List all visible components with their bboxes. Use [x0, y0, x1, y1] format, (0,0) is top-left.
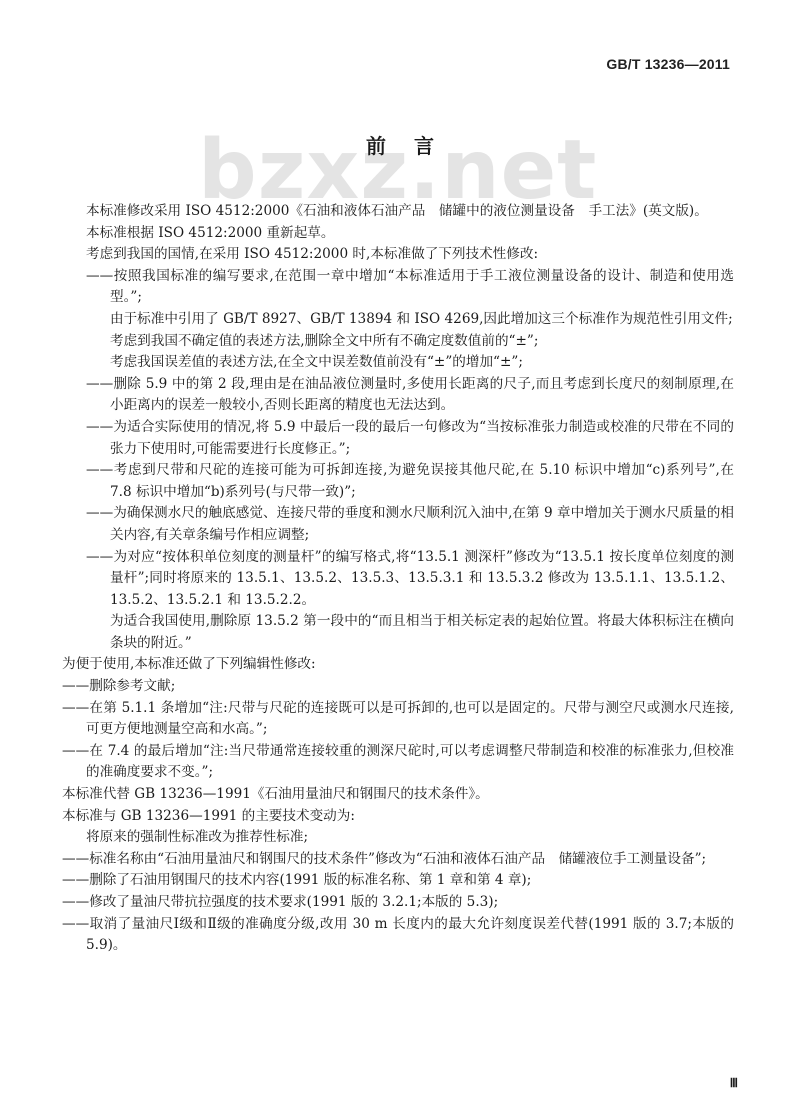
- paragraph: 将原来的强制性标准改为推荐性标准;: [62, 827, 734, 849]
- document-body: 本标准修改采用 ISO 4512:2000《石油和液体石油产品 储罐中的液位测量…: [62, 201, 734, 957]
- list-item: ——在 7.4 的最后增加“注:当尺带通常连接较重的测深尺砣时,可以考虑调整尺带…: [62, 741, 734, 784]
- paragraph: 本标准根据 ISO 4512:2000 重新起草。: [62, 223, 734, 245]
- list-item: ——删除参考文献;: [62, 676, 734, 698]
- list-item: ——删除了石油用钢围尺的技术内容(1991 版的标准名称、第 1 章和第 4 章…: [62, 870, 734, 892]
- paragraph: 考虑我国误差值的表述方法,在全文中误差数值前没有“±”的增加“±”;: [62, 352, 734, 374]
- list-item: ——取消了量油尺Ⅰ级和Ⅱ级的准确度分级,改用 30 m 长度内的最大允许刻度误差…: [62, 914, 734, 957]
- list-item: ——按照我国标准的编写要求,在范围一章中增加“本标准适用于手工液位测量设备的设计…: [86, 266, 734, 309]
- list-item: ——在第 5.1.1 条增加“注:尺带与尺砣的连接既可以是可拆卸的,也可以是固定…: [62, 698, 734, 741]
- paragraph: 本标准代替 GB 13236—1991《石油用量油尺和钢围尺的技术条件》。: [62, 784, 734, 806]
- page-title: 前言: [0, 130, 800, 159]
- list-item: ——删除 5.9 中的第 2 段,理由是在油品液位测量时,多使用长距离的尺子,而…: [86, 374, 734, 417]
- paragraph: 考虑到我国的国情,在采用 ISO 4512:2000 时,本标准做了下列技术性修…: [62, 244, 734, 266]
- paragraph: 本标准与 GB 13236—1991 的主要技术变动为:: [62, 806, 734, 828]
- standard-number: GB/T 13236—2011: [606, 56, 730, 72]
- list-item: ——修改了量油尺带抗拉强度的技术要求(1991 版的 3.2.1;本版的 5.3…: [62, 892, 734, 914]
- list-item: ——为对应“按体积单位刻度的测量杆”的编写格式,将“13.5.1 测深杆”修改为…: [86, 547, 734, 612]
- paragraph: 由于标准中引用了 GB/T 8927、GB/T 13894 和 ISO 4269…: [62, 309, 734, 331]
- page-number: Ⅲ: [730, 1076, 738, 1091]
- list-item: ——为适合实际使用的情况,将 5.9 中最后一段的最后一句修改为“当按标准张力制…: [86, 417, 734, 460]
- list-item: ——考虑到尺带和尺砣的连接可能为可拆卸连接,为避免误接其他尺砣,在 5.10 标…: [86, 460, 734, 503]
- paragraph: 为便于使用,本标准还做了下列编辑性修改:: [62, 654, 734, 676]
- list-item: ——为确保测水尺的触底感觉、连接尺带的垂度和测水尺顺利沉入油中,在第 9 章中增…: [86, 503, 734, 546]
- paragraph: 为适合我国使用,删除原 13.5.2 第一段中的“而且相当于相关标定表的起始位置…: [62, 611, 734, 654]
- paragraph: 本标准修改采用 ISO 4512:2000《石油和液体石油产品 储罐中的液位测量…: [62, 201, 734, 223]
- paragraph: 考虑到我国不确定值的表述方法,删除全文中所有不确定度数值前的“±”;: [62, 331, 734, 353]
- list-item: ——标准名称由“石油用量油尺和钢围尺的技术条件”修改为“石油和液体石油产品 储罐…: [62, 849, 734, 871]
